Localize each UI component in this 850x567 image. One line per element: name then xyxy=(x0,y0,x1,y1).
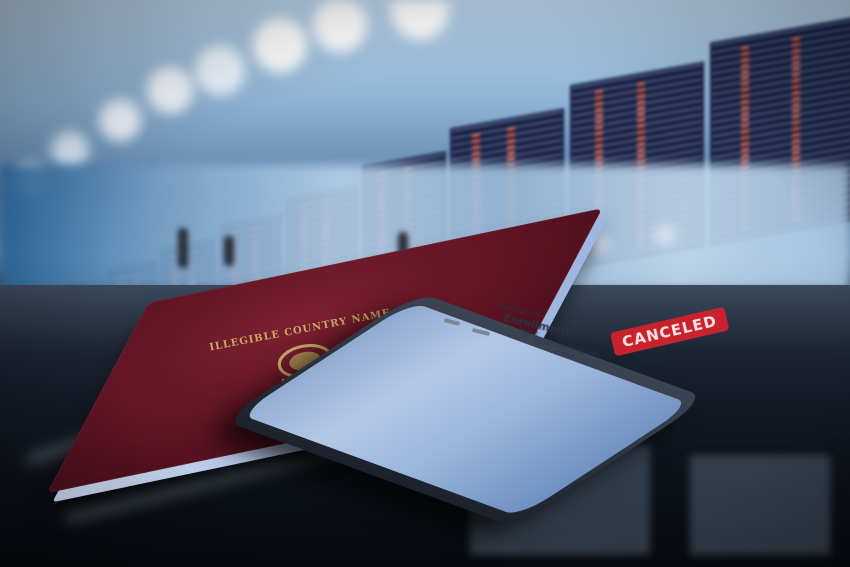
airport-scene: ILLEGIBLE COUNTRY NAME PASSPORT Booking … xyxy=(0,0,850,567)
window-reflection xyxy=(690,455,830,555)
traveler-silhouette xyxy=(178,228,188,268)
traveler-silhouette xyxy=(224,236,234,266)
